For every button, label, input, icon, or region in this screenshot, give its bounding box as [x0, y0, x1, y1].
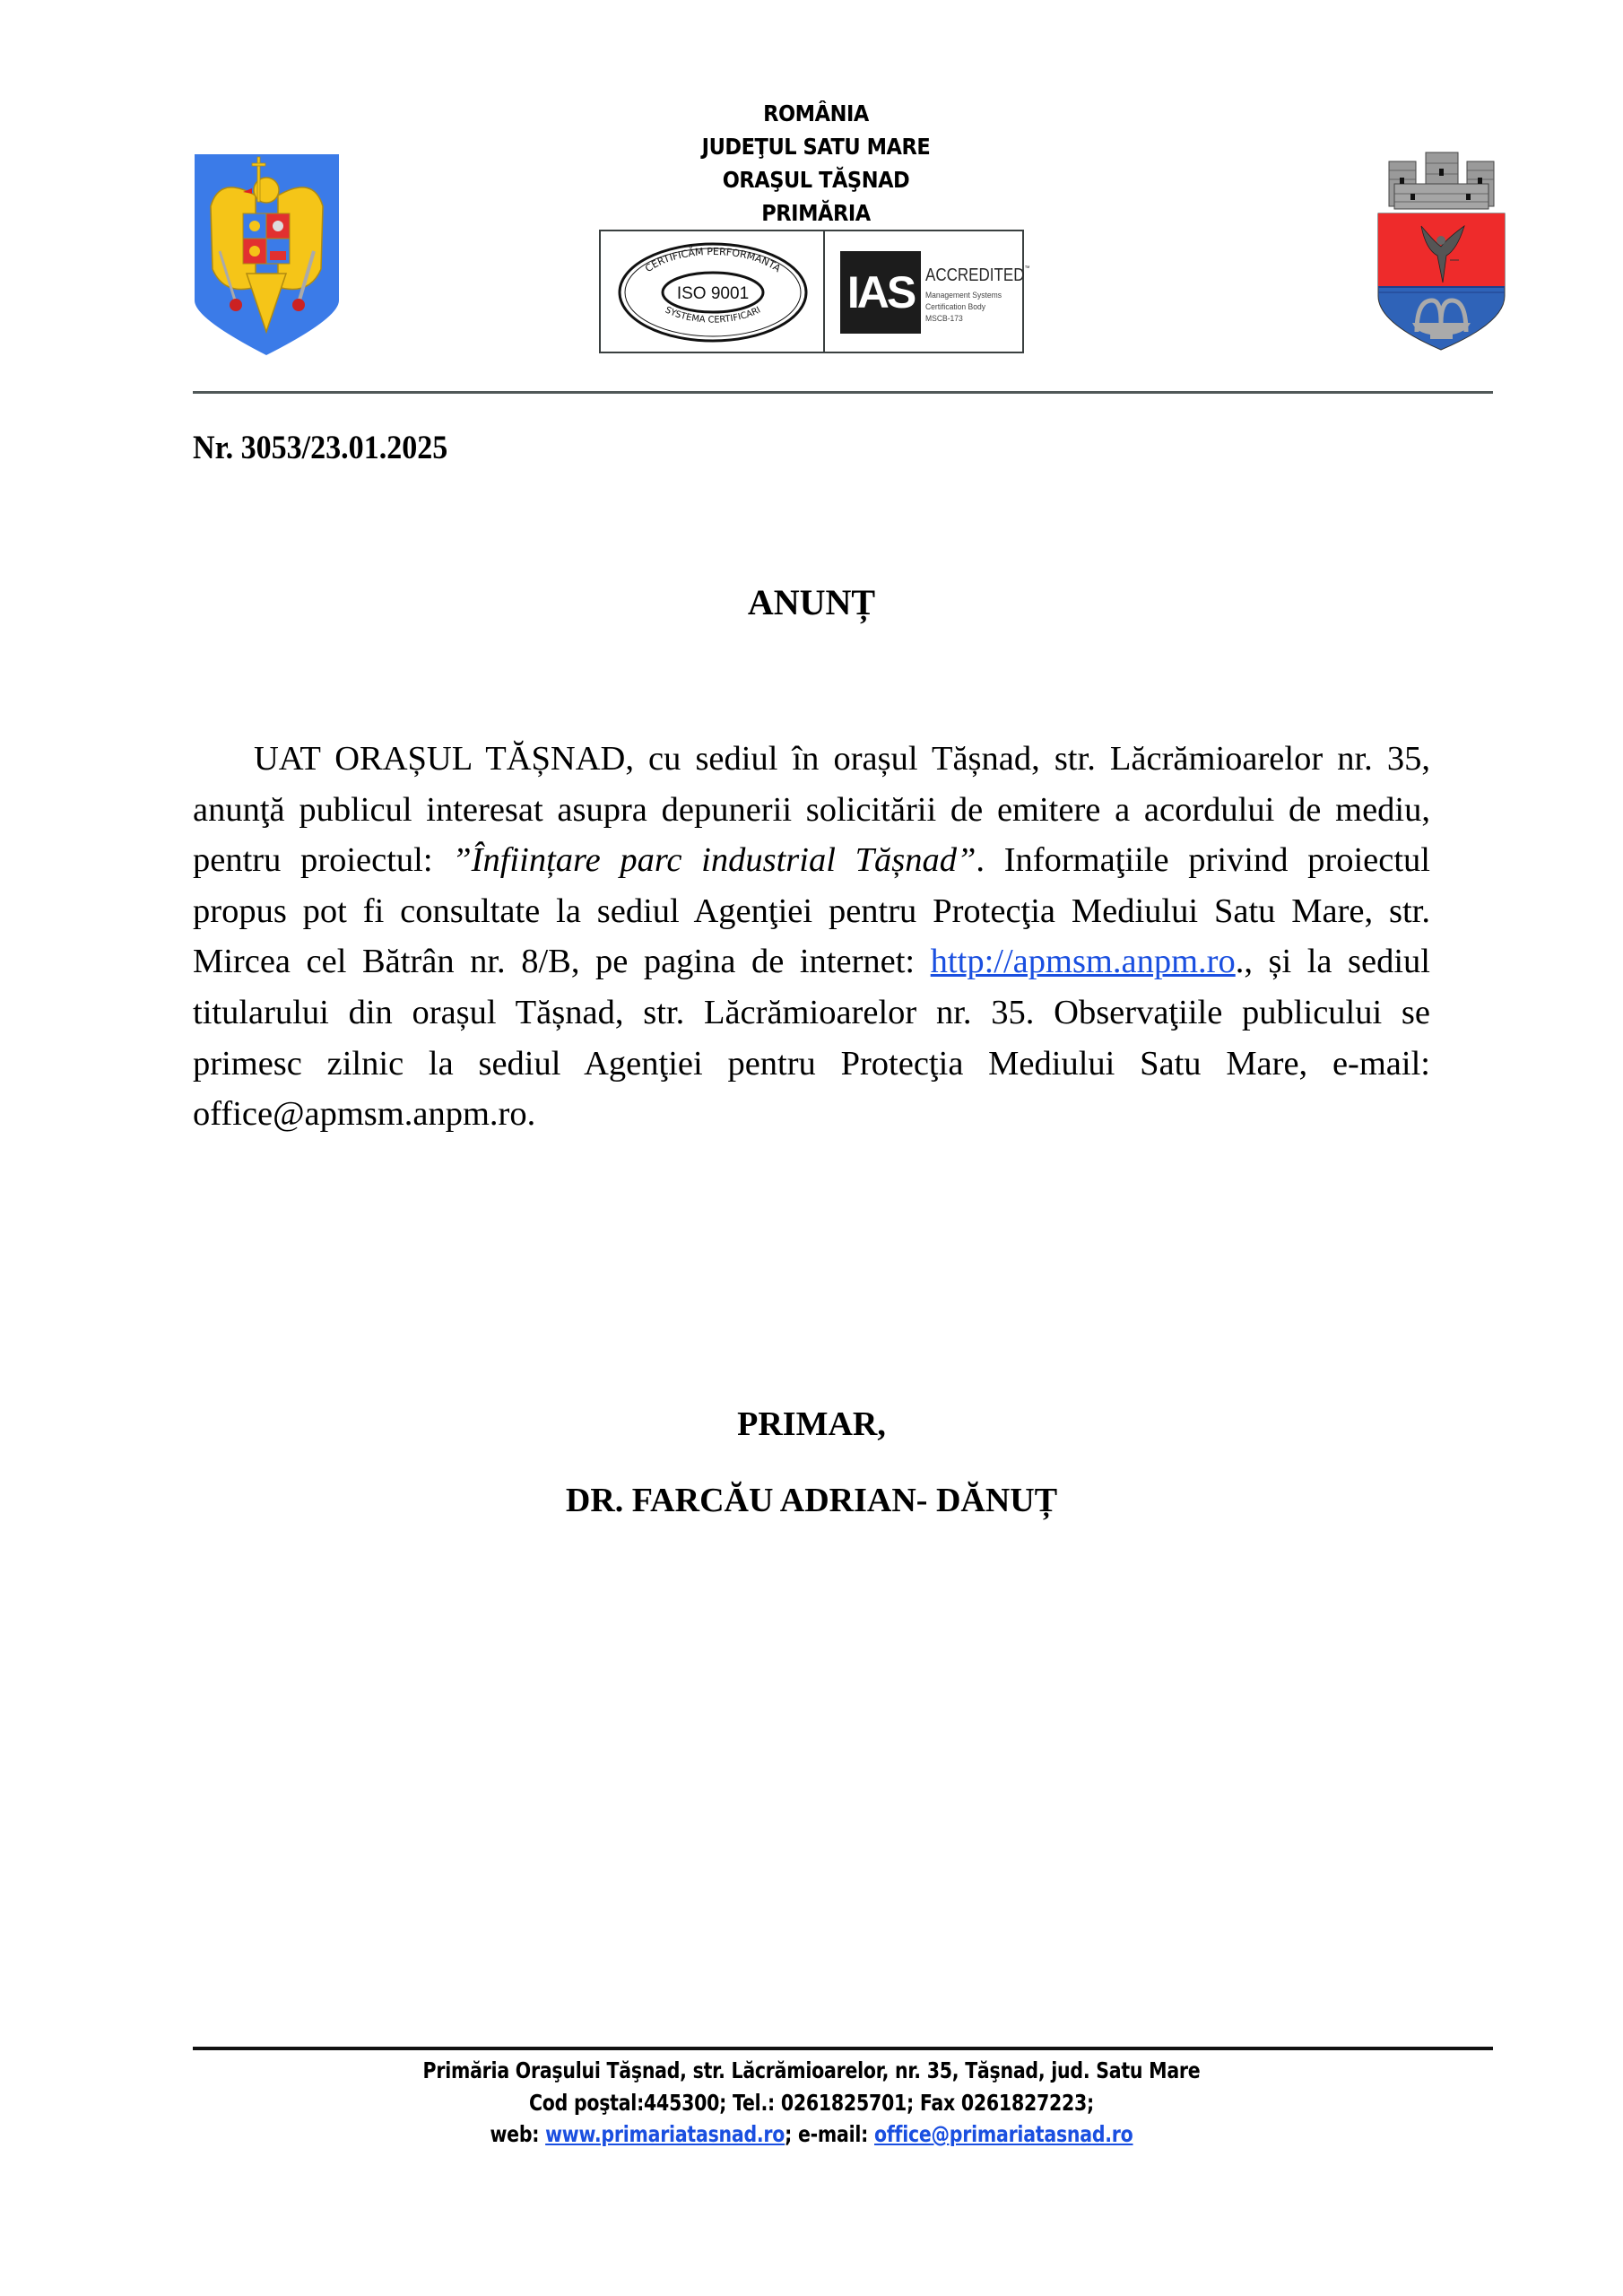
footer-web-link[interactable]: www.primariatasnad.ro [545, 2121, 785, 2147]
footer-address: Primăria Oraşului Tăşnad, str. Lăcrămioa… [146, 2057, 1477, 2083]
header-divider [193, 391, 1493, 394]
apm-website-link[interactable]: http://apmsm.anpm.ro [931, 943, 1236, 980]
signature-role: PRIMAR, [0, 1405, 1623, 1444]
footer-web-email: web: www.primariatasnad.ro; e-mail: offi… [146, 2121, 1477, 2147]
tasnad-coat-of-arms-icon [1376, 143, 1506, 352]
cert-divider [823, 231, 825, 352]
footer-email-label: ; e-mail: [785, 2121, 874, 2147]
header-county: JUDEŢUL SATU MARE [614, 134, 1018, 160]
iso-9001-seal: CERTIFICĂM PERFORMANTA SYSTEMA CERTIFICA… [610, 239, 816, 346]
footer-email-link[interactable]: office@primariatasnad.ro [874, 2121, 1133, 2147]
svg-text:SYSTEMA CERTIFICARI: SYSTEMA CERTIFICARI [664, 305, 762, 325]
footer-contact: Cod poştal:445300; Tel.: 0261825701; Fax… [146, 2090, 1477, 2116]
footer-web-label: web: [490, 2121, 545, 2147]
certification-box: CERTIFICĂM PERFORMANTA SYSTEMA CERTIFICA… [599, 230, 1024, 353]
document-title: ANUNȚ [0, 581, 1623, 623]
header-institution: PRIMĂRIA [614, 200, 1018, 226]
project-name: ”Înființare parc industrial Tășnad” [452, 841, 976, 879]
signature-name: DR. FARCĂU ADRIAN- DĂNUȚ [0, 1481, 1623, 1520]
header-town: ORAŞUL TĂŞNAD [614, 167, 1018, 193]
iso-center-text: ISO 9001 [677, 284, 749, 303]
ias-accredited-label: ACCREDITED™ [925, 265, 1029, 286]
ias-line-1: Management Systems [925, 291, 1002, 300]
footer-divider [193, 2047, 1493, 2050]
document-number: Nr. 3053/23.01.2025 [193, 429, 447, 467]
header-country: ROMÂNIA [614, 100, 1018, 126]
iso-bottom-arc-text: SYSTEMA CERTIFICARI [664, 305, 762, 325]
ias-line-2: Certification Body [925, 302, 985, 312]
romania-coat-of-arms-icon [193, 152, 341, 357]
ias-logo: IAS [840, 251, 921, 334]
announcement-body: UAT ORAȘUL TĂȘNAD, cu sediul în orașul T… [193, 734, 1430, 1140]
ias-line-3: MSCB-173 [925, 314, 963, 324]
